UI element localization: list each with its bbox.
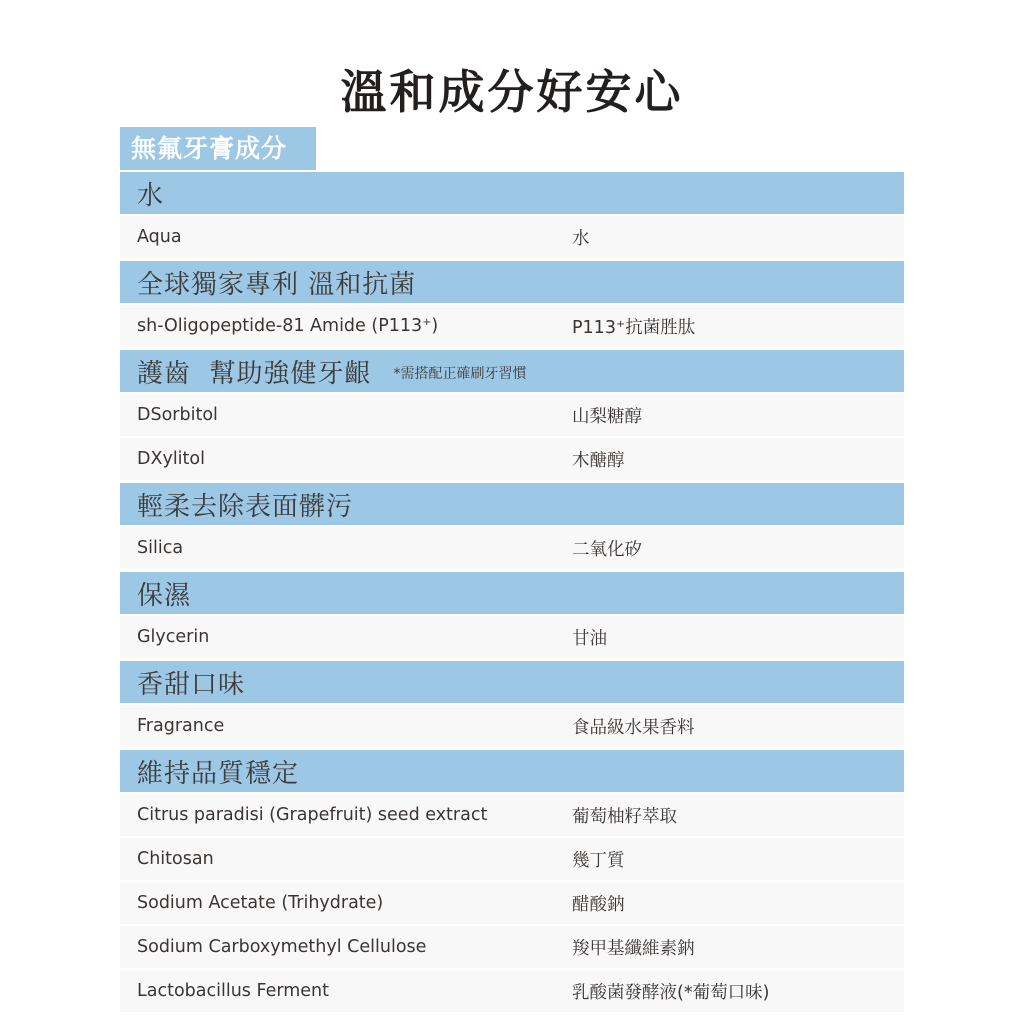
ingredient-en: Chitosan — [137, 849, 214, 869]
section-header-moisturizing: 保濕 — [120, 572, 904, 614]
ingredient-zh: 羧甲基纖維素鈉 — [572, 935, 695, 960]
page-title: 溫和成分好安心 — [0, 61, 1024, 123]
section-note: *需搭配正確刷牙習慣 — [394, 363, 527, 383]
ingredient-en: sh-Oligopeptide-81 Amide (P113⁺) — [137, 316, 438, 336]
ingredient-zh: 葡萄柚籽萃取 — [572, 803, 677, 828]
ingredient-en: DXylitol — [137, 449, 205, 469]
table-row: Glycerin 甘油 — [120, 616, 904, 658]
ingredients-table: 水 Aqua 水 全球獨家專利 溫和抗菌 sh-Oligopeptide-81 … — [120, 172, 904, 1014]
ingredient-zh: 木醣醇 — [572, 447, 625, 472]
table-row: DXylitol 木醣醇 — [120, 438, 904, 480]
section-header-antibacterial: 全球獨家專利 溫和抗菌 — [120, 261, 904, 303]
section-header-gum-care: 護齒 幫助強健牙齦 *需搭配正確刷牙習慣 — [120, 350, 904, 392]
ingredient-en: Sodium Acetate (Trihydrate) — [137, 893, 383, 913]
table-row: Fragrance 食品級水果香料 — [120, 705, 904, 747]
table-row: Lactobacillus Ferment 乳酸菌發酵液(*葡萄口味) — [120, 970, 904, 1012]
ingredient-zh: 乳酸菌發酵液(*葡萄口味) — [572, 979, 769, 1004]
ingredient-zh: 醋酸鈉 — [572, 891, 625, 916]
ingredient-en: Citrus paradisi (Grapefruit) seed extrac… — [137, 805, 487, 825]
table-row: DSorbitol 山梨糖醇 — [120, 394, 904, 436]
section-title: 護齒 幫助強健牙齦 — [137, 353, 372, 390]
ingredient-en: Lactobacillus Ferment — [137, 981, 329, 1001]
ingredient-en: DSorbitol — [137, 405, 218, 425]
table-tab-label: 無氟牙膏成分 — [120, 127, 316, 170]
ingredient-zh: 山梨糖醇 — [572, 403, 642, 428]
table-row: Silica 二氧化矽 — [120, 527, 904, 569]
section-title: 全球獨家專利 溫和抗菌 — [137, 264, 416, 301]
table-row: Aqua 水 — [120, 216, 904, 258]
ingredient-en: Glycerin — [137, 627, 209, 647]
section-title: 維持品質穩定 — [137, 753, 299, 790]
ingredient-zh: 甘油 — [572, 625, 607, 650]
table-row: sh-Oligopeptide-81 Amide (P113⁺) P113⁺抗菌… — [120, 305, 904, 347]
ingredient-en: Aqua — [137, 227, 182, 247]
section-header-water: 水 — [120, 172, 904, 214]
section-title: 輕柔去除表面髒污 — [137, 486, 353, 523]
section-header-flavor: 香甜口味 — [120, 661, 904, 703]
section-header-cleaning: 輕柔去除表面髒污 — [120, 483, 904, 525]
table-row: Citrus paradisi (Grapefruit) seed extrac… — [120, 794, 904, 836]
ingredient-en: Silica — [137, 538, 183, 558]
table-row: Chitosan 幾丁質 — [120, 838, 904, 880]
section-title: 保濕 — [137, 575, 191, 612]
ingredient-en: Fragrance — [137, 716, 224, 736]
table-row: Sodium Acetate (Trihydrate) 醋酸鈉 — [120, 882, 904, 924]
ingredient-zh: 幾丁質 — [572, 847, 625, 872]
ingredient-zh: 二氧化矽 — [572, 536, 642, 561]
table-row: Sodium Carboxymethyl Cellulose 羧甲基纖維素鈉 — [120, 926, 904, 968]
ingredient-zh: 食品級水果香料 — [572, 714, 695, 739]
ingredient-zh: P113⁺抗菌胜肽 — [572, 314, 695, 339]
ingredient-zh: 水 — [572, 225, 590, 250]
ingredient-en: Sodium Carboxymethyl Cellulose — [137, 937, 426, 957]
section-header-stability: 維持品質穩定 — [120, 750, 904, 792]
section-title: 香甜口味 — [137, 664, 245, 701]
section-title: 水 — [137, 175, 164, 212]
